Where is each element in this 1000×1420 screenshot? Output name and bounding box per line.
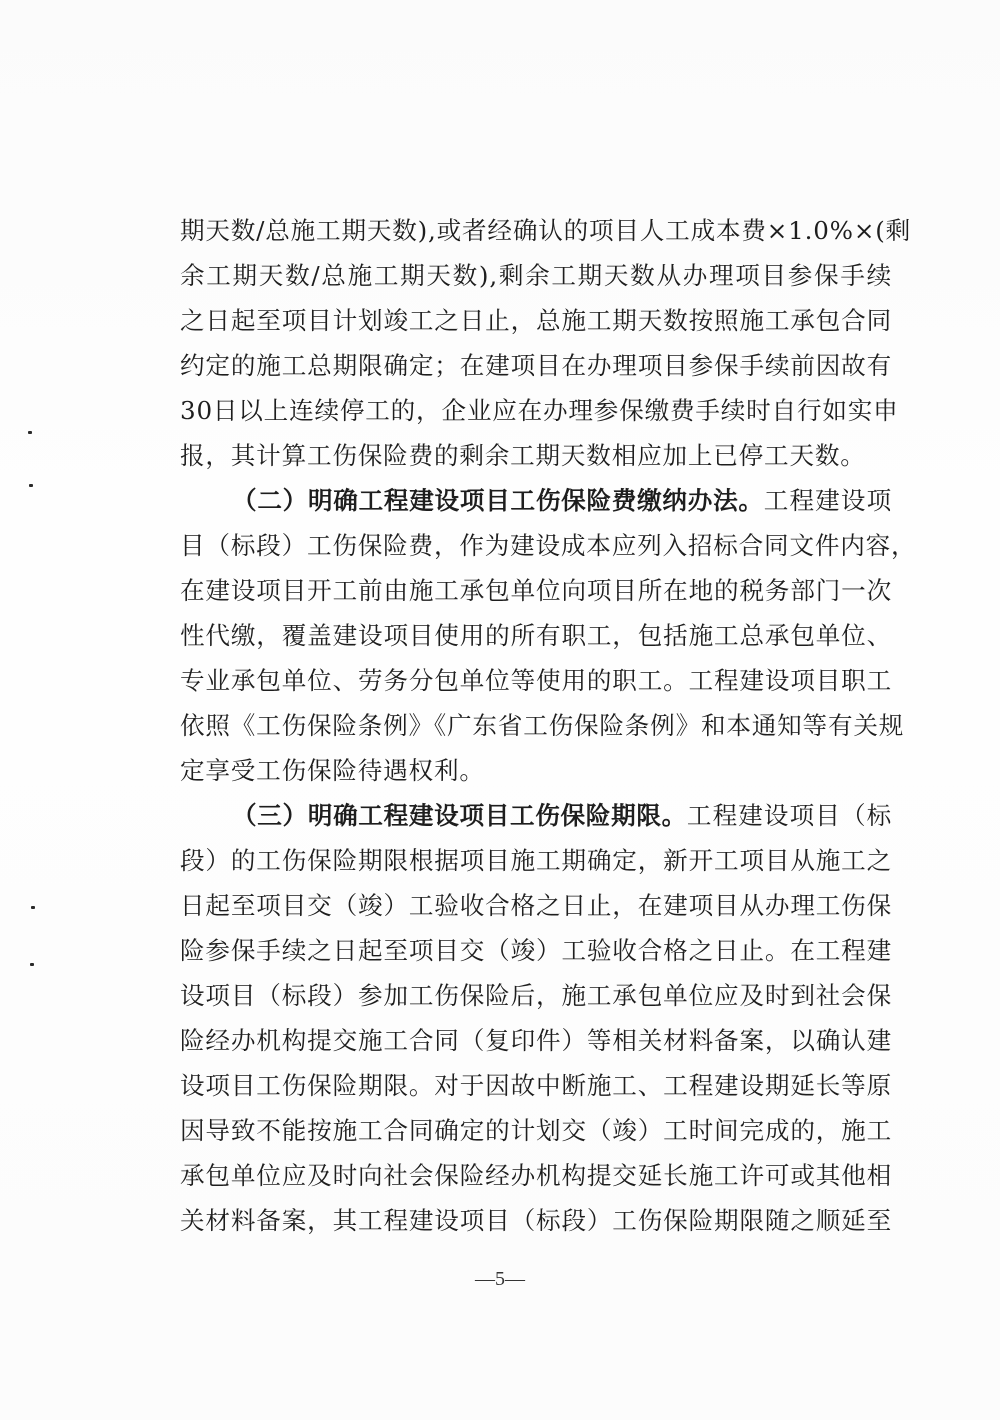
text-line: 设项目工伤保险期限。对于因故中断施工、工程建设期延长等原 — [180, 1063, 892, 1108]
text-line: 性代缴，覆盖建设项目使用的所有职工，包括施工总承包单位、 — [180, 613, 892, 658]
text-line: 报，其计算工伤保险费的剩余工期天数相应加上已停工天数。 — [180, 433, 892, 478]
section-first-line: （二）明确工程建设项目工伤保险费缴纳办法。工程建设项 — [180, 478, 892, 523]
text-line: 之日起至项目计划竣工之日止，总施工期天数按照施工承包合同 — [180, 298, 892, 343]
text-line: 段）的工伤保险期限根据项目施工期确定，新开工项目从施工之 — [180, 838, 892, 883]
binding-mark — [29, 484, 33, 487]
section-first-line: （三）明确工程建设项目工伤保险期限。工程建设项目（标 — [180, 793, 892, 838]
text-line: 险经办机构提交施工合同（复印件）等相关材料备案，以确认建 — [180, 1018, 892, 1063]
text-line: 定享受工伤保险待遇权利。 — [180, 748, 892, 793]
text-line: 因导致不能按施工合同确定的计划交（竣）工时间完成的，施工 — [180, 1108, 892, 1153]
section-3-insurance-period: （三）明确工程建设项目工伤保险期限。工程建设项目（标 段）的工伤保险期限根据项目… — [180, 793, 892, 1243]
section-text: 工程建设项目（标 — [687, 801, 892, 830]
document-page: 期天数/总施工期天数),或者经确认的项目人工成本费×1.0%×(剩 余工期天数/… — [0, 0, 1000, 1420]
text-line: 期天数/总施工期天数),或者经确认的项目人工成本费×1.0%×(剩 — [180, 208, 892, 253]
text-line: 依照《工伤保险条例》《广东省工伤保险条例》和本通知等有关规 — [180, 703, 892, 748]
text-line: 专业承包单位、劳务分包单位等使用的职工。工程建设项目职工 — [180, 658, 892, 703]
section-heading: （二）明确工程建设项目工伤保险费缴纳办法。 — [232, 486, 764, 515]
text-line: 设项目（标段）参加工伤保险后，施工承包单位应及时到社会保 — [180, 973, 892, 1018]
text-line: 30日以上连续停工的，企业应在办理参保缴费手续时自行如实申 — [180, 388, 892, 433]
text-line: 关材料备案，其工程建设项目（标段）工伤保险期限随之顺延至 — [180, 1198, 892, 1243]
binding-mark — [31, 906, 35, 909]
section-text: 工程建设项 — [764, 486, 892, 515]
binding-mark — [28, 431, 32, 434]
section-2-payment-method: （二）明确工程建设项目工伤保险费缴纳办法。工程建设项 目（标段）工伤保险费，作为… — [180, 478, 892, 793]
text-line: 在建设项目开工前由施工承包单位向项目所在地的税务部门一次 — [180, 568, 892, 613]
text-line: 承包单位应及时向社会保险经办机构提交延长施工许可或其他相 — [180, 1153, 892, 1198]
binding-mark — [30, 963, 34, 966]
text-line: 余工期天数/总施工期天数),剩余工期天数从办理项目参保手续 — [180, 253, 892, 298]
document-body: 期天数/总施工期天数),或者经确认的项目人工成本费×1.0%×(剩 余工期天数/… — [180, 208, 892, 1243]
text-line: 目（标段）工伤保险费，作为建设成本应列入招标合同文件内容， — [180, 523, 892, 568]
text-line: 险参保手续之日起至项目交（竣）工验收合格之日止。在工程建 — [180, 928, 892, 973]
paragraph-continuation: 期天数/总施工期天数),或者经确认的项目人工成本费×1.0%×(剩 余工期天数/… — [180, 208, 892, 478]
section-heading: （三）明确工程建设项目工伤保险期限。 — [232, 801, 687, 830]
text-line: 约定的施工总期限确定；在建项目在办理项目参保手续前因故有 — [180, 343, 892, 388]
page-number: —5— — [0, 1268, 1000, 1291]
text-line: 日起至项目交（竣）工验收合格之日止，在建项目从办理工伤保 — [180, 883, 892, 928]
